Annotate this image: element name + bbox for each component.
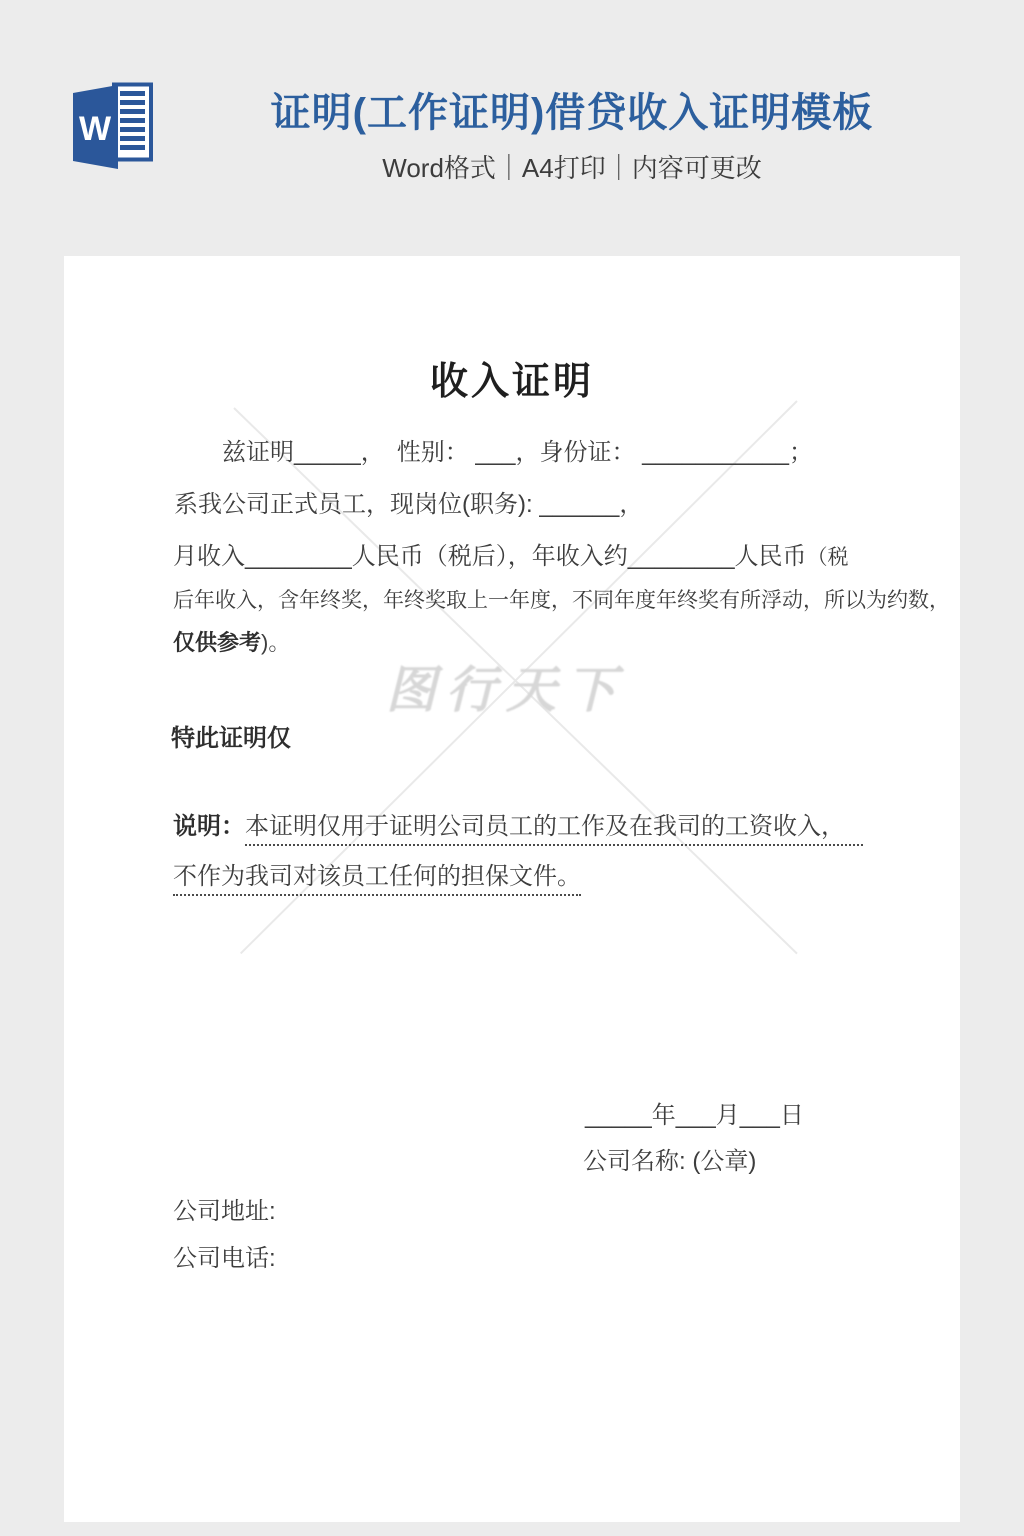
body-line-4: 后年收入，含年终奖，年终奖取上一年度，不同年度年终奖有所浮动，所以为约数， bbox=[173, 586, 950, 616]
company-phone-label: 公司电话: bbox=[173, 1244, 276, 1274]
site-watermark: 图行天下 bbox=[386, 650, 626, 722]
body-line-3: 月收入________人民币（税后），年收入约________人民币（税 bbox=[173, 542, 849, 573]
body-line-1: 兹证明_____， 性别： ___，身份证： ___________； bbox=[222, 438, 813, 468]
body-line-5: 仅供参考)。 bbox=[173, 628, 290, 658]
body-line-2: 系我公司正式员工，现岗位(职务): ______， bbox=[174, 490, 643, 520]
note-line-1: 说明：本证明仅用于证明公司员工的工作及在我司的工资收入， bbox=[173, 812, 863, 842]
word-logo-icon: W bbox=[63, 82, 155, 172]
header-text-block: 证明(工作证明)借贷收入证明模板 Word格式｜A4打印｜内容可更改 bbox=[160, 90, 984, 185]
certify-line: 特此证明仅 bbox=[171, 724, 291, 754]
note-text-1: 本证明仅用于证明公司员工的工作及在我司的工资收入， bbox=[245, 813, 863, 846]
body-line-5-bold: 仅供参考 bbox=[173, 630, 261, 655]
template-title: 证明(工作证明)借贷收入证明模板 bbox=[160, 90, 984, 136]
company-name-line: 公司名称: (公章) bbox=[583, 1147, 756, 1177]
header: W 证明(工作证明)借贷收入证明模板 Word格式｜A4打印｜内容可更改 bbox=[0, 0, 1024, 230]
body-line-3-small: （税 bbox=[807, 546, 849, 569]
template-subtitle: Word格式｜A4打印｜内容可更改 bbox=[160, 148, 984, 185]
body-line-5-tail: )。 bbox=[261, 630, 290, 655]
word-icon-letter: W bbox=[79, 110, 112, 148]
body-line-3-normal: 月收入________人民币（税后），年收入约________人民币 bbox=[173, 543, 807, 570]
note-text-2: 不作为我司对该员工任何的担保文件。 bbox=[173, 863, 581, 896]
note-line-2: 不作为我司对该员工任何的担保文件。 bbox=[173, 862, 581, 892]
company-address-label: 公司地址: bbox=[173, 1197, 276, 1227]
note-label: 说明： bbox=[173, 813, 245, 840]
date-line: _____年___月___日 bbox=[585, 1101, 804, 1131]
document-page: 收入证明 兹证明_____， 性别： ___，身份证： ___________；… bbox=[64, 256, 960, 1522]
document-title: 收入证明 bbox=[64, 350, 960, 405]
